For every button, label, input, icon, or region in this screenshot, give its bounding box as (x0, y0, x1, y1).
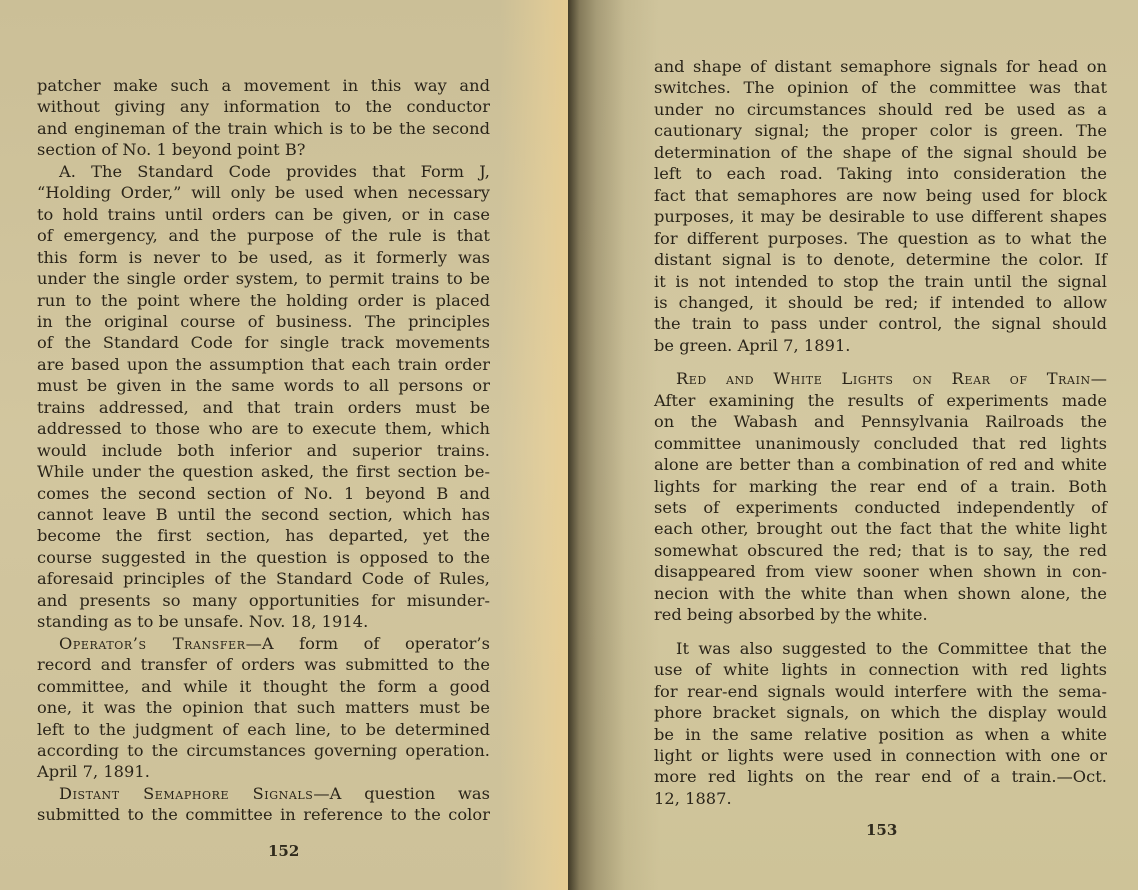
line-text: section of No. 1 beyond point B? (37, 140, 306, 159)
line-text: somewhat obscured the red; that is to sa… (654, 541, 1107, 560)
line-text: purposes, it may be desirable to use dif… (654, 207, 1107, 226)
text-line: trains addressed, and that train orders … (37, 398, 490, 418)
text-line: of emergency, and the purpose of the rul… (37, 226, 490, 246)
text-line: standing as to be unsafe. Nov. 18, 1914. (37, 612, 490, 632)
line-text: determination of the shape of the signal… (654, 143, 1107, 162)
text-line: and presents so many opportunities for m… (37, 591, 490, 611)
text-line: somewhat obscured the red; that is to sa… (654, 541, 1107, 561)
line-text: left to each road. Taking into considera… (654, 164, 1107, 183)
text-line: cannot leave B until the second section,… (37, 505, 490, 525)
text-line: one, it was the opinion that such matter… (37, 698, 490, 718)
line-text: —A form of operator’s (246, 634, 490, 653)
line-text: use of white lights in connection with r… (654, 660, 1107, 679)
line-text: be green. April 7, 1891. (654, 336, 851, 355)
text-line: would include both inferior and superior… (37, 441, 490, 461)
text-line: and engineman of the train which is to b… (37, 119, 490, 139)
line-text: cautionary signal; the proper color is g… (654, 121, 1107, 140)
line-text: “Holding Order,” will only be used when … (37, 183, 490, 202)
text-line: and shape of distant semaphore signals f… (654, 57, 1107, 77)
text-line: without giving any information to the co… (37, 97, 490, 117)
text-line: purposes, it may be desirable to use dif… (654, 207, 1107, 227)
line-text: While under the question asked, the firs… (37, 462, 490, 481)
text-line: necion with the white than when shown al… (654, 584, 1107, 604)
line-text: patcher make such a movement in this way… (37, 76, 490, 95)
line-text: for different purposes. The question as … (654, 229, 1107, 248)
line-text: left to the judgment of each line, to be… (37, 720, 490, 739)
text-line: “Holding Order,” will only be used when … (37, 183, 490, 203)
line-text: standing as to be unsafe. Nov. 18, 1914. (37, 612, 368, 631)
text-line: After examining the results of experimen… (654, 391, 1107, 411)
line-text: sets of experiments conducted independen… (654, 498, 1107, 517)
text-line: the train to pass under control, the sig… (654, 314, 1107, 334)
text-line: lights for marking the rear end of a tra… (654, 477, 1107, 497)
text-line: under no circumstances should red be use… (654, 100, 1107, 120)
text-line: become the first section, has departed, … (37, 526, 490, 546)
line-text: course suggested in the question is oppo… (37, 548, 490, 567)
text-line: section of No. 1 beyond point B? (37, 140, 490, 160)
text-line: cautionary signal; the proper color is g… (654, 121, 1107, 141)
line-text: and engineman of the train which is to b… (37, 119, 490, 138)
page-number-left: 152 (268, 842, 299, 860)
line-text: lights for marking the rear end of a tra… (654, 477, 1107, 496)
text-line: switches. The opinion of the committee w… (654, 78, 1107, 98)
line-text: run to the point where the holding order… (37, 291, 490, 310)
book-spread: 152 patcher make such a movement in this… (0, 0, 1138, 890)
line-text: necion with the white than when shown al… (654, 584, 1107, 603)
line-text: fact that semaphores are now being used … (654, 186, 1107, 205)
text-line: addressed to those who are to execute th… (37, 419, 490, 439)
text-line: for different purposes. The question as … (654, 229, 1107, 249)
line-text: is changed, it should be red; if intende… (654, 293, 1107, 312)
line-text: cannot leave B until the second section,… (37, 505, 490, 524)
line-text: without giving any information to the co… (37, 97, 490, 116)
line-text: would include both inferior and superior… (37, 441, 490, 460)
line-text: to hold trains until orders can be given… (37, 205, 490, 224)
line-text: it is not intended to stop the train unt… (654, 272, 1107, 291)
line-text: under the single order system, to permit… (37, 269, 490, 288)
text-line: use of white lights in connection with r… (654, 660, 1107, 680)
text-line: it is not intended to stop the train unt… (654, 272, 1107, 292)
text-line: be green. April 7, 1891. (654, 336, 1107, 356)
line-text: switches. The opinion of the committee w… (654, 78, 1107, 97)
line-text: — (1091, 369, 1107, 388)
line-text: disappeared from view sooner when shown … (654, 562, 1107, 581)
text-line: comes the second section of No. 1 beyond… (37, 484, 490, 504)
text-line: sets of experiments conducted independen… (654, 498, 1107, 518)
text-line: 12, 1887. (654, 789, 1107, 809)
text-line: be in the same relative position as when… (654, 725, 1107, 745)
text-line: red being absorbed by the white. (654, 605, 1107, 625)
line-text: light or lights were used in connection … (654, 746, 1107, 765)
text-line: committee, and while it thought the form… (37, 677, 490, 697)
line-text: for rear-end signals would interfere wit… (654, 682, 1107, 701)
text-line: It was also suggested to the Committee t… (654, 639, 1107, 659)
text-line: under the single order system, to permit… (37, 269, 490, 289)
text-line: April 7, 1891. (37, 762, 490, 782)
text-line: of the Standard Code for single track mo… (37, 333, 490, 353)
line-text: submitted to the committee in reference … (37, 805, 490, 824)
text-line: submitted to the committee in reference … (37, 805, 490, 825)
text-line: patcher make such a movement in this way… (37, 76, 490, 96)
line-text: and presents so many opportunities for m… (37, 591, 490, 610)
text-line: are based upon the assumption that each … (37, 355, 490, 375)
text-line: course suggested in the question is oppo… (37, 548, 490, 568)
line-text: distant signal is to denote, determine t… (654, 250, 1107, 269)
line-text: in the original course of business. The … (37, 312, 490, 331)
line-text: It was also suggested to the Committee t… (676, 639, 1107, 658)
line-text: the train to pass under control, the sig… (654, 314, 1107, 333)
text-line: run to the point where the holding order… (37, 291, 490, 311)
right-page: 153 and shape of distant semaphore signa… (568, 0, 1138, 890)
line-text: of emergency, and the purpose of the rul… (37, 226, 490, 245)
text-line: left to the judgment of each line, to be… (37, 720, 490, 740)
line-text: under no circumstances should red be use… (654, 100, 1107, 119)
section-heading: Distant Semaphore Signals (59, 784, 313, 803)
text-line: for rear-end signals would interfere wit… (654, 682, 1107, 702)
line-text: trains addressed, and that train orders … (37, 398, 490, 417)
text-line: fact that semaphores are now being used … (654, 186, 1107, 206)
line-text: —A question was (313, 784, 490, 803)
text-line: to hold trains until orders can be given… (37, 205, 490, 225)
line-text: alone are better than a combination of r… (654, 455, 1107, 474)
line-text: according to the circumstances governing… (37, 741, 490, 760)
section-heading: Red and White Lights on Rear of Train (676, 369, 1091, 388)
line-text: and shape of distant semaphore signals f… (654, 57, 1107, 76)
text-line: Distant Semaphore Signals—A question was (37, 784, 490, 804)
line-text: be in the same relative position as when… (654, 725, 1107, 744)
text-line: each other, brought out the fact that th… (654, 519, 1107, 539)
line-text: A. The Standard Code provides that Form … (59, 162, 490, 181)
line-text: are based upon the assumption that each … (37, 355, 490, 374)
line-text: red being absorbed by the white. (654, 605, 928, 624)
text-line: more red lights on the rear end of a tra… (654, 767, 1107, 787)
text-line: disappeared from view sooner when shown … (654, 562, 1107, 582)
text-line: distant signal is to denote, determine t… (654, 250, 1107, 270)
text-line: on the Wabash and Pennsylvania Railroads… (654, 412, 1107, 432)
text-line: record and transfer of orders was submit… (37, 655, 490, 675)
text-line: Red and White Lights on Rear of Train— (654, 369, 1107, 389)
line-text: must be given in the same words to all p… (37, 376, 490, 395)
text-line: aforesaid principles of the Standard Cod… (37, 569, 490, 589)
text-line: according to the circumstances governing… (37, 741, 490, 761)
text-line: phore bracket signals, on which the disp… (654, 703, 1107, 723)
line-text: committee, and while it thought the form… (37, 677, 490, 696)
text-line: A. The Standard Code provides that Form … (37, 162, 490, 182)
line-text: April 7, 1891. (37, 762, 150, 781)
text-line: alone are better than a combination of r… (654, 455, 1107, 475)
line-text: record and transfer of orders was submit… (37, 655, 490, 674)
left-page: 152 patcher make such a movement in this… (0, 0, 568, 890)
line-text: this form is never to be used, as it for… (37, 248, 490, 267)
text-line: committee unanimously concluded that red… (654, 434, 1107, 454)
line-text: aforesaid principles of the Standard Cod… (37, 569, 490, 588)
text-line: must be given in the same words to all p… (37, 376, 490, 396)
section-heading: Operator’s Transfer (59, 634, 246, 653)
text-line: Operator’s Transfer—A form of operator’s (37, 634, 490, 654)
text-line: is changed, it should be red; if intende… (654, 293, 1107, 313)
line-text: on the Wabash and Pennsylvania Railroads… (654, 412, 1107, 431)
text-line: in the original course of business. The … (37, 312, 490, 332)
line-text: addressed to those who are to execute th… (37, 419, 490, 438)
text-line: light or lights were used in connection … (654, 746, 1107, 766)
line-text: each other, brought out the fact that th… (654, 519, 1107, 538)
line-text: more red lights on the rear end of a tra… (654, 767, 1107, 786)
page-number-right: 153 (866, 821, 897, 839)
line-text: of the Standard Code for single track mo… (37, 333, 490, 352)
line-text: 12, 1887. (654, 789, 732, 808)
text-line: determination of the shape of the signal… (654, 143, 1107, 163)
text-line: left to each road. Taking into considera… (654, 164, 1107, 184)
line-text: After examining the results of experimen… (654, 391, 1107, 410)
text-line: this form is never to be used, as it for… (37, 248, 490, 268)
line-text: phore bracket signals, on which the disp… (654, 703, 1107, 722)
text-line: While under the question asked, the firs… (37, 462, 490, 482)
line-text: become the first section, has departed, … (37, 526, 490, 545)
line-text: committee unanimously concluded that red… (654, 434, 1107, 453)
line-text: comes the second section of No. 1 beyond… (37, 484, 490, 503)
line-text: one, it was the opinion that such matter… (37, 698, 490, 717)
